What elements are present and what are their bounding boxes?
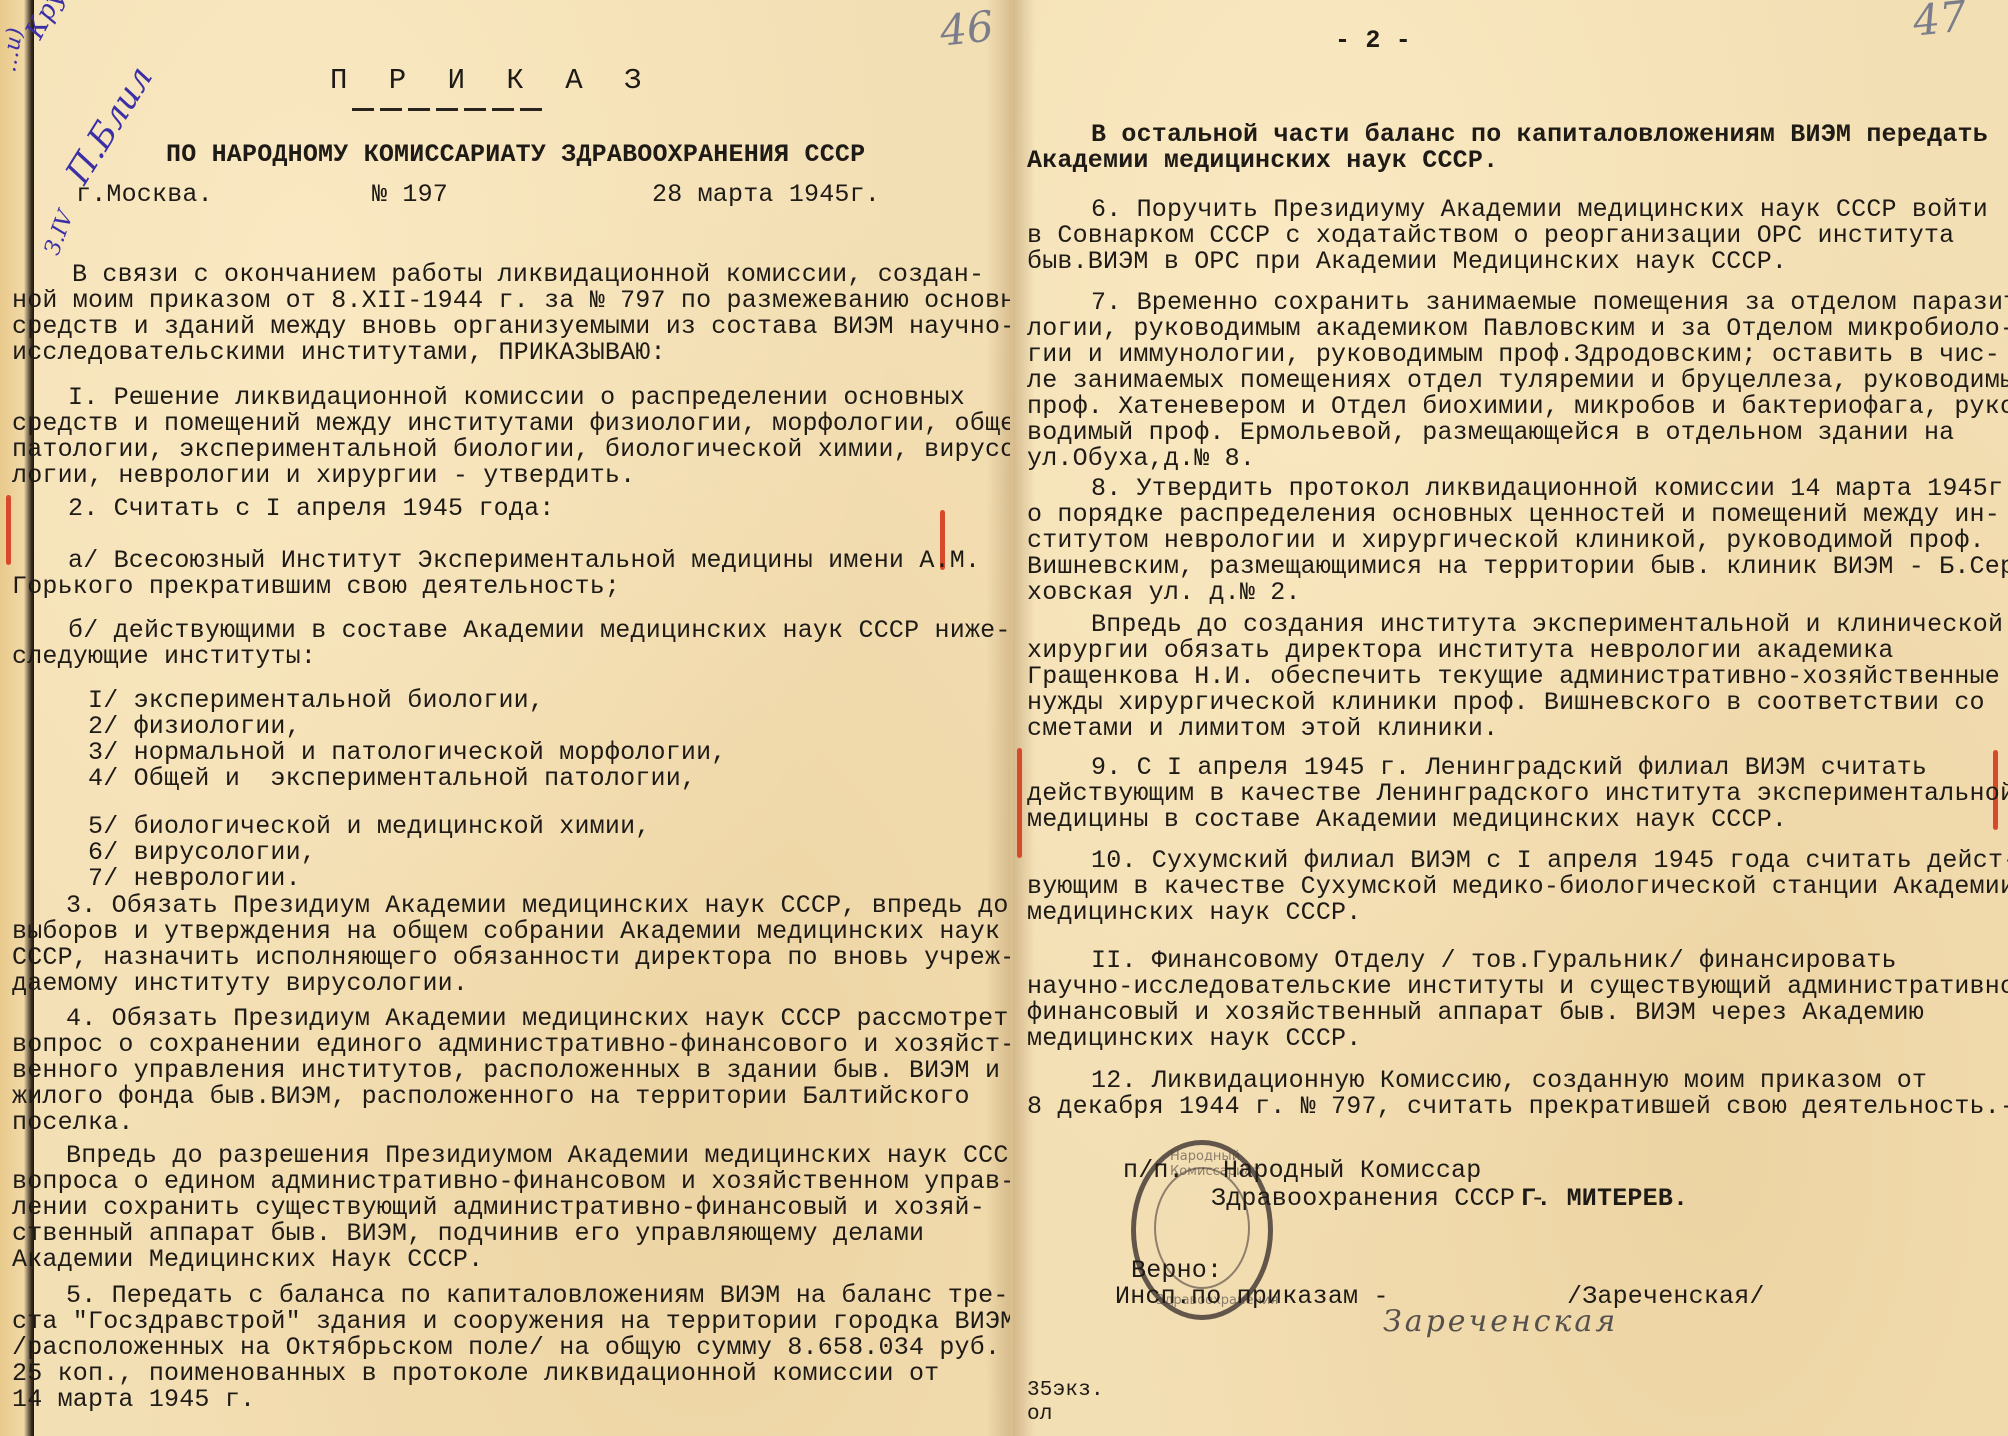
preamble: В связи с окончанием работы ликвидационн… (12, 262, 1010, 366)
item-12: 12. Ликвидационную Комиссию, созданную м… (1027, 1068, 2008, 1120)
text-line: жилого фонда быв.ВИЭМ, расположенного на… (12, 1084, 1010, 1110)
item-3: 3. Обязать Президиум Академии медицински… (12, 893, 1010, 997)
text-line: выборов и утверждения на общем собрании … (12, 919, 1010, 945)
text-line: Вишневским, размещающимися на территории… (1027, 554, 2008, 580)
text-line: 9. С I апреля 1945 г. Ленинградский фили… (1027, 755, 2008, 781)
text-line: 7. Временно сохранить занимаемые помещен… (1027, 290, 2008, 316)
signatory-position-line-1: Народный Комиссар (1223, 1158, 1481, 1184)
item-4-continued: Впредь до разрешения Президиумом Академи… (12, 1143, 1010, 1273)
document-spread: 46 Крумене Види П.Блил З.IV …и) П Р И К … (0, 0, 2008, 1436)
page-1: 46 Крумене Види П.Блил З.IV …и) П Р И К … (0, 0, 1010, 1436)
archive-sheet-number: 47 (1911, 0, 1969, 46)
text-line: Гращенкова Н.И. обеспечить текущие админ… (1027, 664, 2003, 690)
handwritten-note-signature: П.Блил (58, 59, 161, 191)
text-line: сметами и лимитом этой клиники. (1027, 716, 2003, 742)
handwritten-note-date: З.IV (40, 207, 79, 258)
text-line: Горького прекратившим свою деятельность; (12, 574, 980, 600)
item-2a: а/ Всесоюзный Институт Экспериментальной… (12, 548, 980, 600)
item-2b: б/ действующими в составе Академии медиц… (12, 618, 1010, 670)
text-line: а/ Всесоюзный Институт Экспериментальной… (12, 548, 980, 574)
text-line: гии и иммунологии, руководимым проф.Здро… (1027, 342, 2008, 368)
text-line: действующим в качестве Ленинградского ин… (1027, 781, 2008, 807)
text-line: 10. Сухумский филиал ВИЭМ с I апреля 194… (1027, 848, 2008, 874)
certification-label: Верно: (1131, 1258, 1222, 1284)
handwritten-signature: Зареченская (1383, 1304, 1618, 1339)
text-line: медицинских наук СССР. (1027, 1026, 2008, 1052)
text-line: исследовательскими институтами, ПРИКАЗЫВ… (12, 340, 1010, 366)
item-9: 9. С I апреля 1945 г. Ленинградский фили… (1027, 755, 2008, 833)
text-line: II. Финансовому Отделу / тов.Гуральник/ … (1027, 948, 2008, 974)
item-4: 4. Обязать Президиум Академии медицински… (12, 1006, 1010, 1136)
item-7: 7. Временно сохранить занимаемые помещен… (1027, 290, 2008, 472)
text-line: В связи с окончанием работы ликвидационн… (12, 262, 1010, 288)
item-11: II. Финансовому Отделу / тов.Гуральник/ … (1027, 948, 2008, 1052)
signature-pp: п/п. (1123, 1158, 1184, 1184)
text-line: быв.ВИЭМ в ОРС при Академии Медицинских … (1027, 249, 1988, 275)
list-item: 6/ вирусологии, (88, 840, 727, 866)
text-line: ственный аппарат быв. ВИЭМ, подчинив его… (12, 1221, 1010, 1247)
text-line: Академии медицинских наук СССР. (1027, 148, 1988, 174)
text-line: следующие институты: (12, 644, 1010, 670)
list-item: 5/ биологической и медицинской химии, (88, 814, 727, 840)
list-item: 7/ неврологии. (88, 866, 727, 892)
text-line: нужды хирургической клиники проф. Вишнев… (1027, 690, 2003, 716)
list-item: I/ экспериментальной биологии, (88, 688, 727, 714)
text-line: в Совнарком СССР с ходатайством о реорга… (1027, 223, 1988, 249)
text-line: 14 марта 1945 г. (12, 1387, 1010, 1413)
list-item: 4/ Общей и экспериментальной патологии, (88, 766, 727, 792)
text-line: вопрос о сохранении единого администрати… (12, 1032, 1010, 1058)
order-number: № 197 (372, 182, 448, 208)
text-line: вующим в качестве Сухумской медико-биоло… (1027, 874, 2008, 900)
text-line: водимый проф. Ермольевой, размещающейся … (1027, 420, 2008, 446)
text-line: I. Решение ликвидационной комиссии о рас… (12, 385, 1010, 411)
item-8-continued: Впредь до создания института эксперимент… (1027, 612, 2003, 742)
page-number: - 2 - (1335, 28, 1411, 54)
text-line: ул.Обуха,д.№ 8. (1027, 446, 2008, 472)
page-2: 47 - 2 - В остальной части баланс по кап… (1010, 0, 2008, 1436)
institutes-list: I/ экспериментальной биологии, 2/ физиол… (88, 688, 727, 892)
text-line: /расположенных на Октябрьском поле/ на о… (12, 1335, 1010, 1361)
list-item: 2/ физиологии, (88, 714, 727, 740)
handwritten-note-line: Крумене Види (20, 0, 140, 44)
text-line: В остальной части баланс по капиталовлож… (1027, 122, 1988, 148)
text-line: о порядке распределения основных ценност… (1027, 502, 2008, 528)
order-date: 28 марта 1945г. (652, 182, 880, 208)
text-line: 3. Обязать Президиум Академии медицински… (12, 893, 1010, 919)
text-line: даемому институту вирусологии. (12, 971, 1010, 997)
item-6: 6. Поручить Президиуму Академии медицинс… (1027, 197, 1988, 275)
text-line: средств и помещений между институтами фи… (12, 411, 1010, 437)
text-line: медицинских наук СССР. (1027, 900, 2008, 926)
text-line: 4. Обязать Президиум Академии медицински… (12, 1006, 1010, 1032)
text-line: Впредь до создания института эксперимент… (1027, 612, 2003, 638)
item-8: 8. Утвердить протокол ликвидационной ком… (1027, 476, 2008, 606)
text-line: 8. Утвердить протокол ликвидационной ком… (1027, 476, 2008, 502)
place: г.Москва. (76, 182, 213, 208)
item-2-heading: 2. Считать с I апреля 1945 года: (68, 496, 554, 522)
signatory-position-line-2: Здравоохранения СССР - (1211, 1186, 1545, 1212)
text-line: ховская ул. д.№ 2. (1027, 580, 2008, 606)
red-margin-mark (1017, 748, 1022, 858)
text-line: 12. Ликвидационную Комиссию, созданную м… (1027, 1068, 2008, 1094)
item-5: 5. Передать с баланса по капиталовложени… (12, 1283, 1010, 1413)
text-line: поселка. (12, 1110, 1010, 1136)
text-line: 8 декабря 1944 г. № 797, считать прекрат… (1027, 1094, 2008, 1120)
text-line: 5. Передать с баланса по капиталовложени… (12, 1283, 1010, 1309)
text-line: ста "Госздравстрой" здания и сооружения … (12, 1309, 1010, 1335)
text-line: Впредь до разрешения Президиумом Академи… (12, 1143, 1010, 1169)
text-line: хирургии обязать директора института нев… (1027, 638, 2003, 664)
text-line: 6. Поручить Президиуму Академии медицинс… (1027, 197, 1988, 223)
text-line: логии, неврологии и хирургии - утвердить… (12, 463, 1010, 489)
text-line: Академии Медицинских Наук СССР. (12, 1247, 1010, 1273)
text-line: ститутом неврологии и хирургической клин… (1027, 528, 2008, 554)
text-line: патологии, экспериментальной биологии, б… (12, 437, 1010, 463)
copies-note: 35экз. (1027, 1380, 1104, 1402)
text-line: венного управления институтов, расположе… (12, 1058, 1010, 1084)
text-line: научно-исследовательские институты и сущ… (1027, 974, 2008, 1000)
red-margin-mark (6, 495, 11, 565)
item-1: I. Решение ликвидационной комиссии о рас… (12, 385, 1010, 489)
text-line: вопроса о едином административно-финансо… (12, 1169, 1010, 1195)
document-title: П Р И К А З (330, 68, 653, 94)
text-line: логии, руководимым академиком Павловским… (1027, 316, 2008, 342)
text-line: ной моим приказом от 8.XII-1944 г. за № … (12, 288, 1010, 314)
list-item: 3/ нормальной и патологической морфологи… (88, 740, 727, 766)
item-10: 10. Сухумский филиал ВИЭМ с I апреля 194… (1027, 848, 2008, 926)
text-line: СССР, назначить исполняющего обязанности… (12, 945, 1010, 971)
title-underline (352, 108, 542, 111)
text-line: медицины в составе Академии медицинских … (1027, 807, 2008, 833)
text-line: 25 коп., поименованных в протоколе ликви… (12, 1361, 1010, 1387)
item-5-continued: В остальной части баланс по капиталовлож… (1027, 122, 1988, 174)
archive-sheet-number: 46 (938, 1, 996, 55)
text-line: ле занимаемых помещениях отдел туляремии… (1027, 368, 2008, 394)
signatory-name: Г. МИТЕРЕВ. (1521, 1186, 1688, 1212)
text-line: средств и зданий между вновь организуемы… (12, 314, 1010, 340)
document-subtitle: ПО НАРОДНОМУ КОМИССАРИАТУ ЗДРАВООХРАНЕНИ… (166, 142, 865, 168)
typist-initials: ол (1027, 1404, 1053, 1426)
text-line: б/ действующими в составе Академии медиц… (12, 618, 1010, 644)
certification-role: Инсп.по приказам - (1115, 1284, 1389, 1310)
text-line: лении сохранить существующий администрат… (12, 1195, 1010, 1221)
text-line: финансовый и хозяйственный аппарат быв. … (1027, 1000, 2008, 1026)
text-line: проф. Хатеневером и Отдел биохимии, микр… (1027, 394, 2008, 420)
